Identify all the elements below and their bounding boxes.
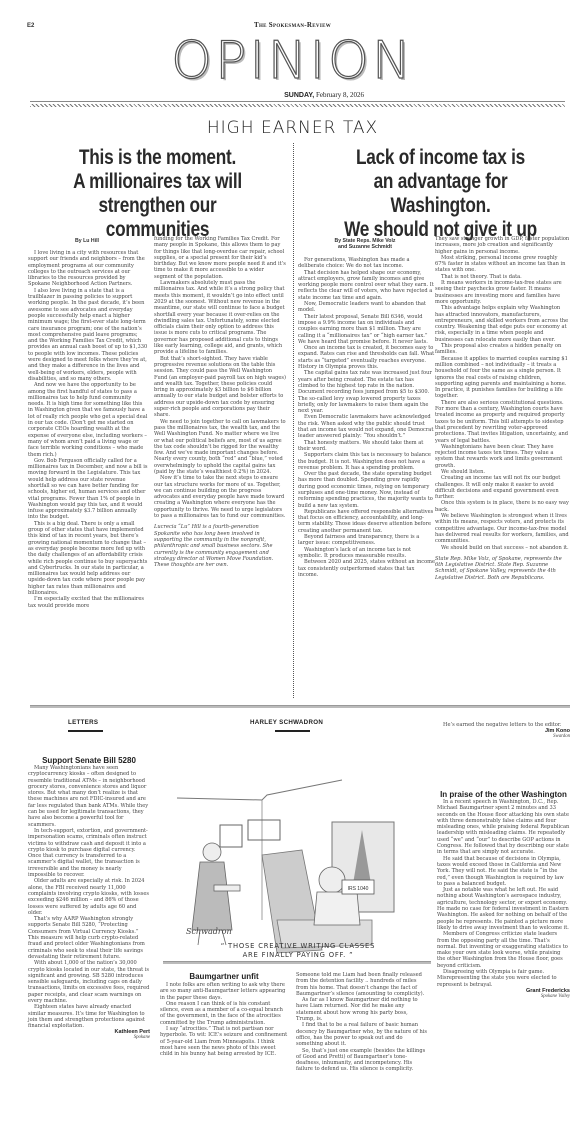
paragraph: This advantage helps explain why Washing… — [435, 305, 570, 343]
paragraph: But that’s short-sighted. They have viab… — [154, 356, 286, 419]
paragraph: Washingtonians have been clear. They hav… — [435, 444, 570, 469]
paragraph: Their latest proposal, Senate Bill 6346,… — [298, 314, 435, 345]
header-rule — [30, 101, 565, 107]
letter-praise-other-washington: In praise of the other Washington In a r… — [437, 790, 570, 999]
svg-text:IRS 1040: IRS 1040 — [348, 886, 369, 892]
section-divider — [30, 705, 570, 708]
left-byline: By Lu Hill — [28, 238, 146, 244]
cartoonist-signature: Schwadron — [186, 927, 232, 936]
letter-location: Spokane Valley — [437, 994, 570, 999]
paragraph: Even Democratic lawmakers have acknowled… — [298, 414, 435, 439]
paragraph: I also love living in a state that is a … — [28, 288, 148, 382]
author-bio: State Rep. Mike Volz, of Spokane, repres… — [435, 556, 570, 581]
paragraph: Over the past decade, the state operatin… — [298, 471, 435, 509]
paragraph: Now it’s time to take the next steps to … — [154, 475, 286, 519]
cartoon-label: HARLEY SCHWADRON — [250, 719, 323, 726]
paragraph: Gov. Bob Ferguson officially called for … — [28, 458, 148, 521]
paragraph: They saw stronger growth in GDP, faster … — [435, 236, 570, 255]
paragraph: That decision has helped shape our econo… — [298, 270, 435, 301]
paragraph: For generations, Washington has made a d… — [298, 257, 435, 270]
left-headline-line: This is the moment. — [45, 146, 271, 170]
byline-line: and Suzanne Schmidt — [298, 244, 432, 250]
paragraph: I love living in a city with resources t… — [28, 250, 148, 288]
paragraph: As far as I know Baumgartner did nothing… — [296, 997, 428, 1022]
paragraph: So, that’s just one example (besides the… — [296, 1048, 428, 1073]
cartoon-caption-line-1: “ THOSE CREATIVE WRITING CLASSES — [221, 942, 376, 950]
paragraph: I say “atrocities.” That is not partisan… — [160, 1026, 288, 1057]
column-divider — [293, 143, 294, 698]
right-headline-line: Lack of income tax is — [324, 146, 558, 170]
paragraph: In tech-support, extortion, and governme… — [28, 828, 150, 878]
paragraph: Members of Congress criticize state lead… — [437, 931, 570, 969]
letter-support-sb5280: Support Senate Bill 5280 Many Washington… — [28, 756, 150, 1040]
paragraph: This is a big deal. There is only a smal… — [28, 521, 148, 597]
paragraph: That honesty matters. We should take the… — [298, 440, 435, 453]
letter-title: Baumgartner unfit — [160, 972, 288, 981]
paragraph: There are also serious constitutional qu… — [435, 400, 570, 444]
paragraph: Beyond fairness and transparency, there … — [298, 534, 435, 547]
paragraph: Disagreeing with Olympia is fair game. M… — [437, 969, 570, 988]
paragraph: Many Washingtonians have seen cryptocurr… — [28, 765, 150, 828]
paragraph: Someone told me Liam had been finally re… — [296, 972, 428, 997]
paragraph: That’s why AARP Washington strongly supp… — [28, 916, 150, 960]
paragraph: He said that because of decisions in Oly… — [437, 856, 570, 887]
right-article-column-2: They saw stronger growth in GDP, faster … — [435, 236, 570, 581]
paragraph: I note folks are often writing to ask wh… — [160, 982, 288, 1001]
paragraph: Eighteen states have already enacted sim… — [28, 1004, 150, 1029]
left-headline-line: strengthen our communities — [45, 194, 271, 242]
paragraph: And now we have the opportunity to be am… — [28, 382, 148, 458]
paragraph: Creating an income tax will not fix our … — [435, 475, 570, 500]
paragraph: Older adults are especially at risk. In … — [28, 878, 150, 916]
letter-title: Support Senate Bill 5280 — [28, 756, 150, 765]
paragraph: The capital gains tax rate was increased… — [298, 370, 435, 414]
author-bio: Lucrecia “Lu” Hill is a fourth-generatio… — [154, 524, 286, 568]
paragraph: We need to join together to call on lawm… — [154, 419, 286, 476]
paragraph: We should build on that success – not ab… — [435, 545, 570, 551]
newspaper-name: The Spokesman-Review — [0, 21, 585, 29]
paragraph: Supporters claim this tax is necessary t… — [298, 452, 435, 471]
paragraph: Once this system is in place, there is n… — [435, 500, 570, 513]
paragraph: I’m especially excited that the milliona… — [28, 596, 148, 609]
paragraph: We believe Washington is strongest when … — [435, 513, 570, 544]
letter-baumgartner-unfit-col-2: Someone told me Liam had been finally re… — [296, 972, 428, 1073]
paragraph: funding for the Working Families Tax Cre… — [154, 236, 286, 280]
section-masthead: OPINION — [0, 33, 585, 89]
dateline-day: SUNDAY, — [284, 92, 314, 99]
paragraph: Just as notable was what he left out. He… — [437, 887, 570, 931]
dateline-date: February 8, 2026 — [316, 91, 364, 99]
left-headline: This is the moment. A millionaires tax w… — [45, 146, 271, 242]
paragraph: One reason I can think of is his constan… — [160, 1001, 288, 1026]
dateline: SUNDAY, February 8, 2026 — [284, 91, 364, 99]
paragraph: It means workers in income-tax-free stat… — [435, 280, 570, 305]
right-headline-line: an advantage for Washington. — [324, 170, 558, 218]
paragraph: Between 2020 and 2025, states without an… — [298, 559, 435, 578]
right-headline: Lack of income tax is an advantage for W… — [324, 146, 558, 242]
paragraph: This proposal also creates a hidden pena… — [435, 343, 570, 356]
paragraph: I find that to be a real failure of basi… — [296, 1022, 428, 1047]
left-article-column-1: I love living in a city with resources t… — [28, 250, 148, 609]
tray-icon — [214, 885, 240, 891]
letter-title: In praise of the other Washington — [437, 790, 570, 799]
paragraph: Lawmakers absolutely must pass the milli… — [154, 280, 286, 356]
letters-label: LETTERS — [68, 719, 98, 726]
letter-baumgartner-unfit-col-3: He’s earned the negative letters to the … — [437, 722, 570, 739]
letter-location: Swardon — [437, 734, 570, 739]
paragraph: Because it applies to married couples ea… — [435, 356, 570, 400]
cartoon-bottom-rule — [163, 961, 431, 964]
left-article-column-2: funding for the Working Families Tax Cre… — [154, 236, 286, 568]
right-article-column-1: For generations, Washington has made a d… — [298, 257, 435, 578]
topic-title: HIGH EARNER TAX — [0, 118, 585, 138]
paragraph: Washington’s lack of an income tax is no… — [298, 547, 435, 560]
letter-location: Spokane — [28, 1035, 150, 1040]
cartoon-caption-line-2: ARE FINALLY PAYING OFF. ” — [243, 951, 354, 958]
letters-label-underline — [68, 730, 103, 732]
paragraph: In a recent speech in Washington, D.C., … — [437, 799, 570, 856]
letter-baumgartner-unfit-col-1: I note folks are often writing to ask wh… — [160, 982, 288, 1058]
right-byline: By State Reps. Mike Volz and Suzanne Sch… — [298, 238, 432, 250]
left-headline-line: A millionaires tax will — [45, 170, 271, 194]
paragraph: Most striking, personal income grew roug… — [435, 255, 570, 274]
cartoon-label-underline — [275, 730, 310, 732]
paragraph: Once an income tax is created, it become… — [298, 345, 435, 370]
editorial-cartoon: IRS 1040 Schwadron “ THOSE CREATIVE WRIT… — [172, 770, 424, 958]
paragraph: With about 1,000 of the nation’s 30,000 … — [28, 960, 150, 1004]
paragraph: Republicans have offered responsible alt… — [298, 509, 435, 534]
paragraph: Now, Democratic leaders want to abandon … — [298, 301, 435, 314]
